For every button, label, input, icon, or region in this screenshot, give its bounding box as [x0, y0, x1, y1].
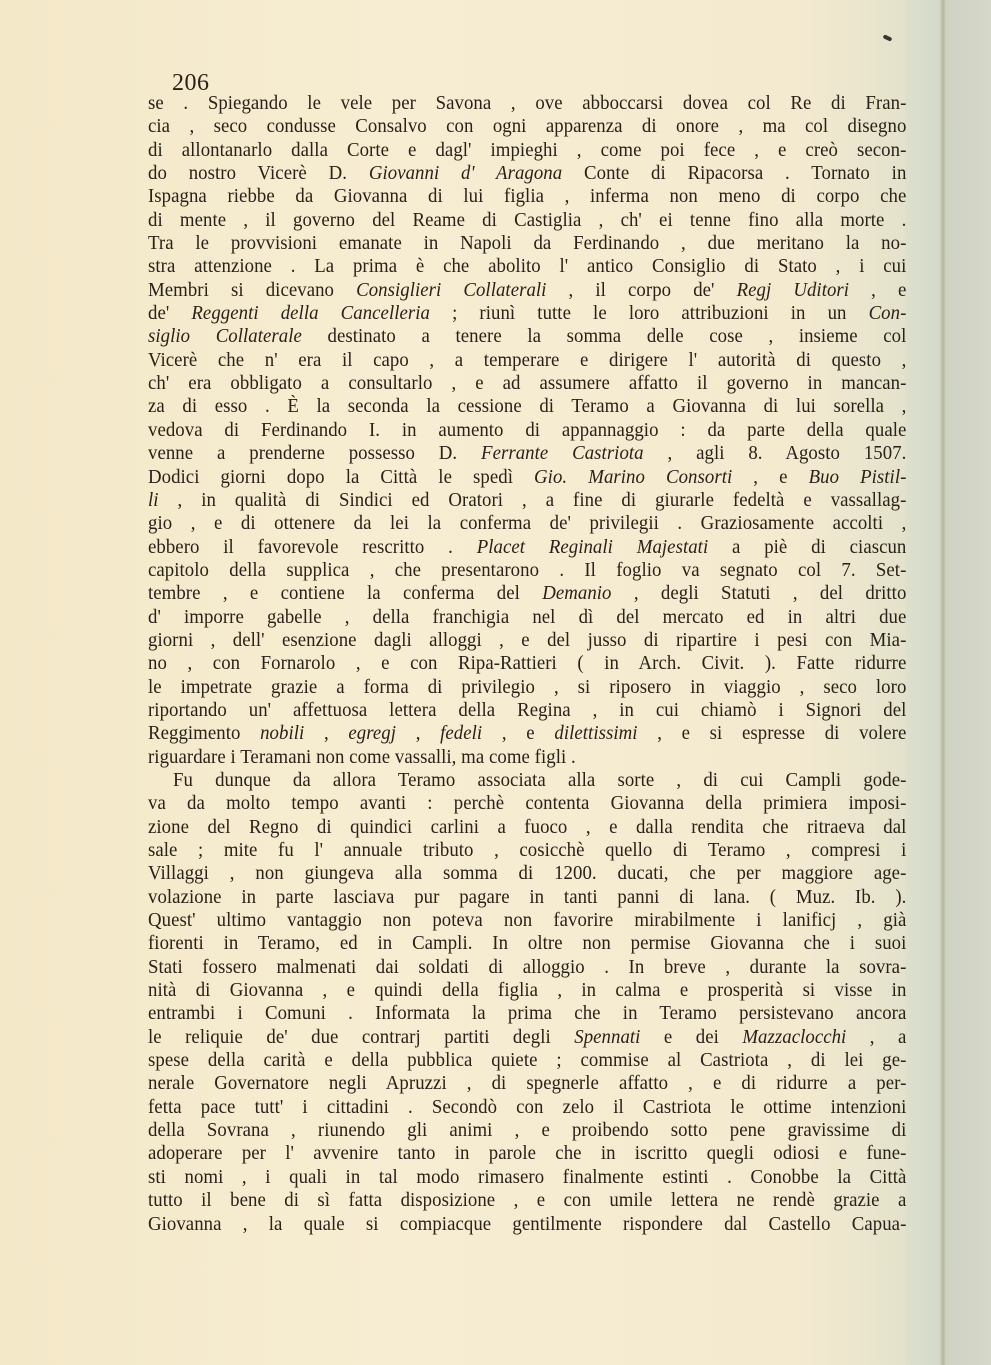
- text-line: d' imporre gabelle , della franchigia ne…: [148, 606, 906, 629]
- text-line: se . Spiegando le vele per Savona , ove …: [148, 92, 906, 115]
- text-line: Tra le provvisioni emanate in Napoli da …: [148, 232, 906, 255]
- text-line: adoperare per l' avvenire tanto in parol…: [148, 1142, 906, 1165]
- text-line: Membri si dicevano Consiglieri Collatera…: [148, 279, 906, 302]
- text-line: spese della carità e della pubblica quie…: [148, 1049, 906, 1072]
- ink-speck: [883, 34, 893, 41]
- text-line: gio , e di ottenere da lei la conferma d…: [148, 512, 906, 535]
- text-line: Fu dunque da allora Teramo associata all…: [148, 769, 906, 792]
- text-line: tembre , e contiene la conferma del Dema…: [148, 582, 906, 605]
- text-line: Vicerè che n' era il capo , a temperare …: [148, 349, 906, 372]
- text-line: no , con Fornarolo , e con Ripa-Rattieri…: [148, 652, 906, 675]
- text-line: ch' era obbligato a consultarlo , e ad a…: [148, 372, 906, 395]
- text-line: volazione in parte lasciava pur pagare i…: [148, 886, 906, 909]
- text-line: ebbero il favorevole rescritto . Placet …: [148, 536, 906, 559]
- text-line: le reliquie de' due contrarj partiti deg…: [148, 1026, 906, 1049]
- text-line: Reggimento nobili , egregj , fedeli , e …: [148, 722, 906, 745]
- text-line: li , in qualità di Sindici ed Oratori , …: [148, 489, 906, 512]
- text-line: Villaggi , non giungeva alla somma di 12…: [148, 862, 906, 885]
- text-line: sti nomi , i quali in tal modo rimasero …: [148, 1166, 906, 1189]
- text-line: nerale Governatore negli Apruzzi , di sp…: [148, 1072, 906, 1095]
- text-line: Dodici giorni dopo la Città le spedì Gio…: [148, 466, 906, 489]
- text-line: cia , seco condusse Consalvo con ogni ap…: [148, 115, 906, 138]
- text-line: Ispagna riebbe da Giovanna di lui figlia…: [148, 185, 906, 208]
- text-line: le impetrate grazie a forma di privilegi…: [148, 676, 906, 699]
- text-line: riguardare i Teramani non come vassalli,…: [148, 746, 906, 769]
- text-line: fiorenti in Teramo, ed in Campli. In olt…: [148, 932, 906, 955]
- text-line: nità di Giovanna , e quindi della figlia…: [148, 979, 906, 1002]
- scanned-book-page: 206 se . Spiegando le vele per Savona , …: [0, 0, 991, 1365]
- text-line: do nostro Vicerè D. Giovanni d' Aragona …: [148, 162, 906, 185]
- text-line: riportando un' affettuosa lettera della …: [148, 699, 906, 722]
- text-line: giorni , dell' esenzione dagli alloggi ,…: [148, 629, 906, 652]
- text-line: entrambi i Comuni . Informata la prima c…: [148, 1002, 906, 1025]
- text-line: capitolo della supplica , che presentaro…: [148, 559, 906, 582]
- text-line: va da molto tempo avanti : perchè conten…: [148, 792, 906, 815]
- text-line: de' Reggenti della Cancelleria ; riunì t…: [148, 302, 906, 325]
- book-gutter: [905, 0, 991, 1365]
- text-line: di mente , il governo del Reame di Casti…: [148, 209, 906, 232]
- text-line: Quest' ultimo vantaggio non poteva non f…: [148, 909, 906, 932]
- text-line: venne a prenderne possesso D. Ferrante C…: [148, 442, 906, 465]
- text-line: vedova di Ferdinando I. in aumento di ap…: [148, 419, 906, 442]
- text-line: stra attenzione . La prima è che abolito…: [148, 255, 906, 278]
- text-line: zione del Regno di quindici carlini a fu…: [148, 816, 906, 839]
- text-line: Giovanna , la quale si compiacque gentil…: [148, 1213, 906, 1236]
- text-line: siglio Collaterale destinato a tenere la…: [148, 325, 906, 348]
- text-line: fetta pace tutt' i cittadini . Secondò c…: [148, 1096, 906, 1119]
- body-text: se . Spiegando le vele per Savona , ove …: [148, 92, 906, 1236]
- text-line: za di esso . È la seconda la cessione di…: [148, 395, 906, 418]
- text-line: della Sovrana , riunendo gli animi , e p…: [148, 1119, 906, 1142]
- text-line: sale ; mite fu l' annuale tributo , cosi…: [148, 839, 906, 862]
- text-line: tutto il bene di sì fatta disposizione ,…: [148, 1189, 906, 1212]
- text-line: di allontanarlo dalla Corte e dagl' impi…: [148, 139, 906, 162]
- text-line: Stati fossero malmenati dai soldati di a…: [148, 956, 906, 979]
